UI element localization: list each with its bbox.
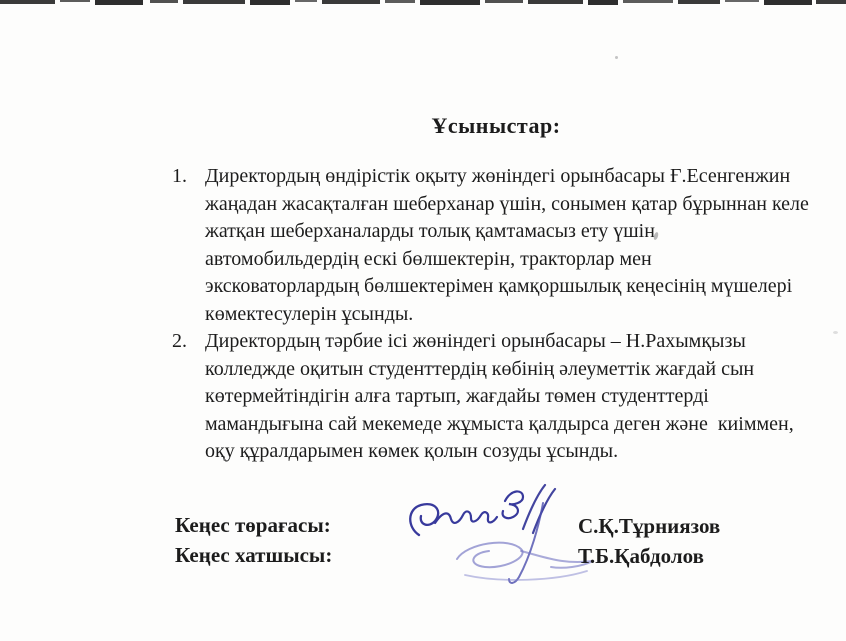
signature-roles: Кеңес төрағасы: Кеңес хатшысы: (175, 510, 332, 570)
scanned-document-page: Ұсыныстар: 1. Директордың өндірістік оқы… (0, 0, 846, 641)
signature-name-secretary: Т.Б.Қабдолов (578, 541, 720, 571)
list-item-number: 2. (172, 328, 205, 356)
list-item-number: 1. (172, 163, 205, 191)
list-item: 2. Директордың тәрбие ісі жөніндегі орын… (172, 328, 832, 466)
signature-role-secretary: Кеңес хатшысы: (175, 540, 332, 570)
scan-edge-artifact (0, 0, 846, 8)
page-title: Ұсыныстар: (146, 113, 846, 139)
list-item: 1. Директордың өндірістік оқыту жөніндег… (172, 163, 832, 328)
list-item-text: Директордың өндірістік оқыту жөніндегі о… (205, 163, 809, 328)
proposals-list: 1. Директордың өндірістік оқыту жөніндег… (172, 163, 832, 466)
scan-speck (833, 331, 838, 334)
list-item-text: Директордың тәрбие ісі жөніндегі орынбас… (205, 328, 794, 466)
scan-speck (615, 56, 618, 59)
handwritten-signature (405, 477, 605, 592)
signature-name-chairman: С.Қ.Тұрниязов (578, 511, 720, 541)
signature-names: С.Қ.Тұрниязов Т.Б.Қабдолов (578, 511, 720, 571)
signature-role-chairman: Кеңес төрағасы: (175, 510, 332, 540)
